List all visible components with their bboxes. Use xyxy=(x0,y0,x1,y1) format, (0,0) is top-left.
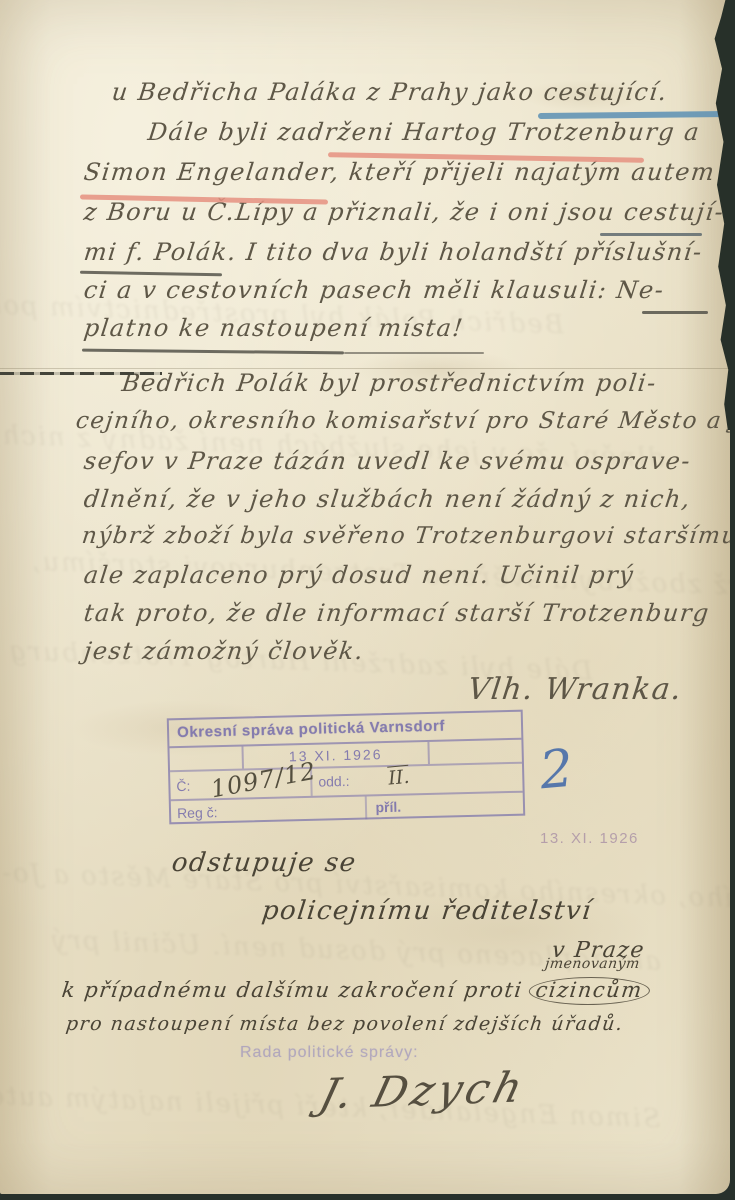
handwritten-line-15: jest zámožný člověk. xyxy=(82,637,366,665)
attachment-number: 2 xyxy=(537,739,575,802)
disposition-line-4: k případnému dalšímu zakročení proticizi… xyxy=(61,978,652,1002)
disposition-line-2: policejnímu ředitelství xyxy=(260,896,594,926)
disposition-line-4-text: k případnému dalšímu zakročení proti xyxy=(61,978,525,1002)
right-scan-edge xyxy=(730,0,735,1200)
stamp-odd-value-handwritten: II. xyxy=(387,766,410,790)
paper: Bedřich Polák byl prostřednictvím poli- … xyxy=(0,0,730,1194)
registry-stamp-box: Okresní správa politická Varnsdorf 13 XI… xyxy=(167,710,525,825)
handwritten-line-7: platno ke nastoupení místa! xyxy=(82,314,465,342)
scan-background: Bedřich Polák byl prostřednictvím poli- … xyxy=(0,0,735,1200)
handwritten-line-10: sefov v Praze tázán uvedl ke svému ospra… xyxy=(82,447,693,475)
handwritten-line-11: dlnění, že v jeho službách není žádný z … xyxy=(82,485,692,513)
handwritten-line-2: Dále byli zadrženi Hartog Trotzenburg a xyxy=(146,118,702,146)
margin-ink-streak xyxy=(0,372,162,375)
handwritten-line-9: cejního, okresního komisařství pro Staré… xyxy=(74,408,735,434)
signature-clerk: Vlh. Wranka. xyxy=(466,672,685,707)
underline-graphite-ne xyxy=(642,311,708,314)
office-role-stamp: Rada politické správy: xyxy=(240,1044,419,1062)
underline-graphite-platno-mista xyxy=(82,349,344,355)
disposition-line-5: pro nastoupení místa bez povolení zdejší… xyxy=(65,1013,625,1035)
encircled-word: cizincům xyxy=(527,977,651,1005)
handwritten-line-13: ale zaplaceno prý dosud není. Učinil prý xyxy=(82,561,636,589)
handwritten-line-14: tak proto, že dle informací starší Trotz… xyxy=(82,599,711,627)
handwritten-line-1: u Bedřicha Paláka z Prahy jako cestující… xyxy=(110,78,669,106)
handwritten-line-6: ci a v cestovních pasech měli klausuli: … xyxy=(82,276,666,304)
handwritten-line-4: z Boru u Č.Lípy a přiznali, že i oni jso… xyxy=(82,198,726,226)
bottom-scan-edge xyxy=(0,1194,735,1200)
stamp-pril-label: příl. xyxy=(365,796,401,820)
stamp-c-label: Č: xyxy=(176,777,190,793)
disposition-line-1: odstupuje se xyxy=(170,848,358,878)
handwritten-line-8: Bedřich Polák byl prostřednictvím poli- xyxy=(120,369,658,397)
stamp-reg-label: Reg č: xyxy=(177,804,218,821)
handwritten-line-5: mi f. Polák. I tito dva byli holandští p… xyxy=(82,238,704,266)
handwritten-line-12: nýbrž zboží byla svěřeno Trotzenburgovi … xyxy=(80,523,735,549)
stamp-date-spacer xyxy=(427,740,522,764)
insertion-note: jmenovaným xyxy=(544,956,641,972)
stamp-date-spacer xyxy=(169,746,244,770)
received-date-stamp: 13. XI. 1926 xyxy=(540,830,639,847)
underline-graphite-cestujici xyxy=(600,233,702,236)
signature-official: J. Dzych xyxy=(315,1062,532,1118)
underline-tail-stroke xyxy=(344,352,484,354)
